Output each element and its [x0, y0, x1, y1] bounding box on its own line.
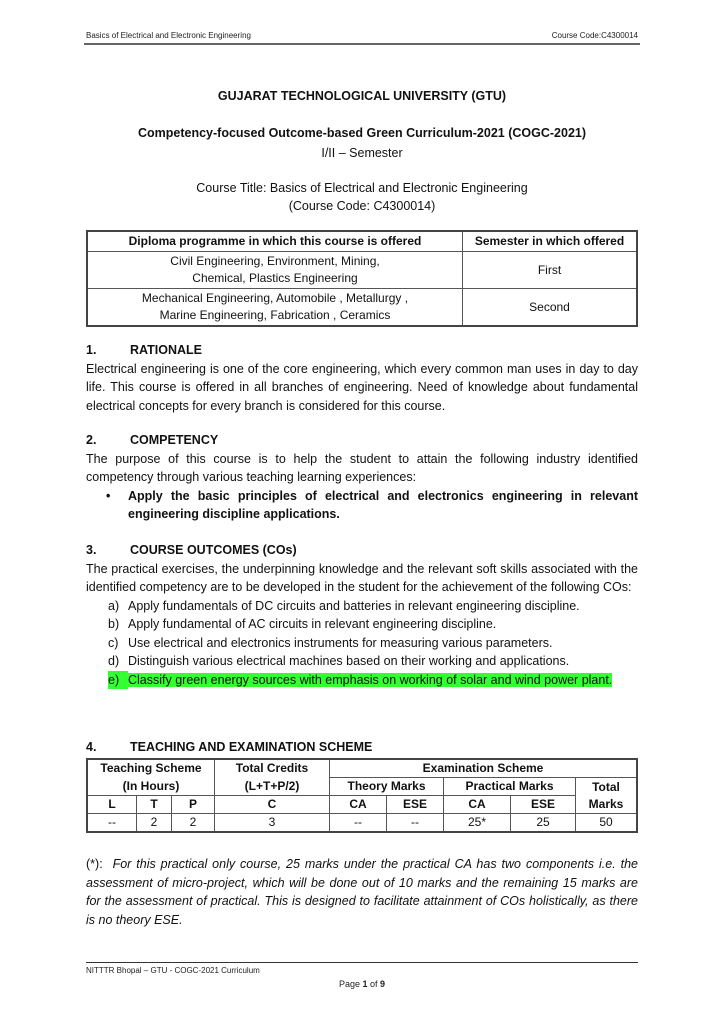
col-theory-ca: CA	[330, 796, 387, 814]
section-outcomes: 3.COURSE OUTCOMES (COs) The practical ex…	[86, 541, 638, 689]
teaching-scheme-header: Teaching Scheme	[87, 759, 215, 778]
col-p: P	[172, 796, 215, 814]
col-c: C	[215, 796, 330, 814]
programme-header: Diploma programme in which this course i…	[87, 231, 463, 252]
header-divider	[84, 43, 640, 45]
curriculum-title: Competency-focused Outcome-based Green C…	[60, 126, 664, 140]
rationale-text: Electrical engineering is one of the cor…	[86, 360, 638, 416]
course-code: (Course Code: C4300014)	[60, 199, 664, 213]
table-row: Civil Engineering, Environment, Mining, …	[87, 252, 637, 289]
footnote: (*): For this practical only course, 25 …	[86, 855, 638, 929]
theory-marks-header: Theory Marks	[330, 778, 444, 796]
semester-cell: First	[463, 252, 638, 289]
col-practical-ese: ESE	[511, 796, 576, 814]
footer-divider	[86, 962, 638, 963]
list-item: a)Apply fundamentals of DC circuits and …	[108, 597, 638, 616]
col-t: T	[137, 796, 172, 814]
list-item-highlighted: e)Classify green energy sources with emp…	[108, 671, 638, 690]
course-title: Course Title: Basics of Electrical and E…	[60, 181, 664, 195]
footer-source: NITTTR Bhopal – GTU - COGC-2021 Curricul…	[86, 966, 260, 975]
bullet-icon: •	[106, 487, 128, 524]
semester-label: I/II – Semester	[60, 146, 664, 160]
section-competency: 2.COMPETENCY The purpose of this course …	[86, 431, 638, 524]
credits-formula: (L+T+P/2)	[215, 778, 330, 796]
section-heading: 3.COURSE OUTCOMES (COs)	[86, 541, 638, 560]
section-scheme: 4.TEACHING AND EXAMINATION SCHEME	[86, 738, 638, 757]
outcomes-text: The practical exercises, the underpinnin…	[86, 560, 638, 597]
competency-bullet: • Apply the basic principles of electric…	[86, 487, 638, 524]
total-marks-header: TotalMarks	[576, 778, 638, 814]
practical-marks-header: Practical Marks	[444, 778, 576, 796]
in-hours-label: (In Hours)	[87, 778, 215, 796]
page-number: Page 1 of 9	[0, 979, 724, 989]
col-practical-ca: CA	[444, 796, 511, 814]
exam-scheme-header: Examination Scheme	[330, 759, 638, 778]
semester-cell: Second	[463, 289, 638, 327]
list-item: b)Apply fundamental of AC circuits in re…	[108, 615, 638, 634]
scheme-table: Teaching Scheme Total Credits Examinatio…	[86, 758, 638, 833]
programme-table: Diploma programme in which this course i…	[86, 230, 638, 327]
programme-cell: Civil Engineering, Environment, Mining, …	[87, 252, 463, 289]
section-heading: 2.COMPETENCY	[86, 431, 638, 450]
running-header-title: Basics of Electrical and Electronic Engi…	[86, 31, 251, 40]
section-heading: 1.RATIONALE	[86, 341, 638, 360]
outcomes-list: a)Apply fundamentals of DC circuits and …	[86, 597, 638, 690]
table-row: Mechanical Engineering, Automobile , Met…	[87, 289, 637, 327]
col-l: L	[87, 796, 137, 814]
total-credits-header: Total Credits	[215, 759, 330, 778]
running-header-course-code: Course Code:C4300014	[552, 31, 638, 40]
list-item: d)Distinguish various electrical machine…	[108, 652, 638, 671]
list-item: c)Use electrical and electronics instrum…	[108, 634, 638, 653]
semester-header: Semester in which offered	[463, 231, 638, 252]
col-theory-ese: ESE	[387, 796, 444, 814]
section-heading: 4.TEACHING AND EXAMINATION SCHEME	[86, 738, 638, 757]
university-title: GUJARAT TECHNOLOGICAL UNIVERSITY (GTU)	[60, 89, 664, 103]
table-row: -- 2 2 3 -- -- 25* 25 50	[87, 814, 637, 833]
programme-cell: Mechanical Engineering, Automobile , Met…	[87, 289, 463, 327]
section-rationale: 1.RATIONALE Electrical engineering is on…	[86, 341, 638, 415]
competency-text: The purpose of this course is to help th…	[86, 450, 638, 487]
